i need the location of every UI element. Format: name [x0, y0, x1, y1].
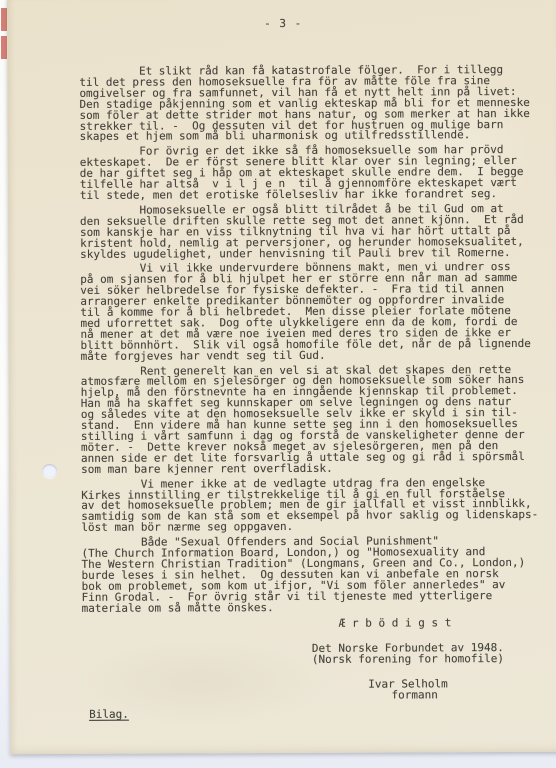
organization-signature: Det Norske Forbundet av 1948. (Norsk for… — [312, 642, 504, 666]
paragraph-pastoral-knowledge: Rent generelt kan en vel si at skal det … — [81, 364, 556, 475]
paragraph-church-excerpts: Vi mener ikke at de vedlagte utdrag fra … — [81, 477, 556, 534]
valediction: Æ r b ö d i g s t — [339, 616, 452, 629]
paragraph-marriage-warning: Et slikt råd kan få katastrofale fölger.… — [79, 65, 555, 143]
paragraph-tried-marriage: For övrig er det ikke så få homoseksuell… — [80, 145, 556, 202]
attachment-label: Bilag. — [89, 708, 129, 721]
signer-name-and-title: Ivar Selholm formann — [312, 678, 504, 702]
page-number: - 3 - — [7, 16, 556, 31]
letter-body: Et slikt råd kan få katastrofale fölger.… — [79, 65, 556, 619]
punch-hole — [42, 464, 57, 478]
paragraph-recommended-reading: Både "Sexual Offenders and Social Punish… — [81, 536, 556, 614]
paper-sheet: - 3 - Et slikt råd kan få katastrofale f… — [7, 0, 556, 754]
scanned-letter-page: - 3 - Et slikt råd kan få katastrofale f… — [0, 0, 556, 768]
red-edge-mark-bottom — [1, 36, 7, 59]
paragraph-power-of-prayer: Vi vil ikke undervurdere bönnens makt, m… — [80, 262, 556, 362]
paragraph-prayer-advice: Homoseksuelle er også blitt tilrådet å b… — [80, 204, 556, 261]
